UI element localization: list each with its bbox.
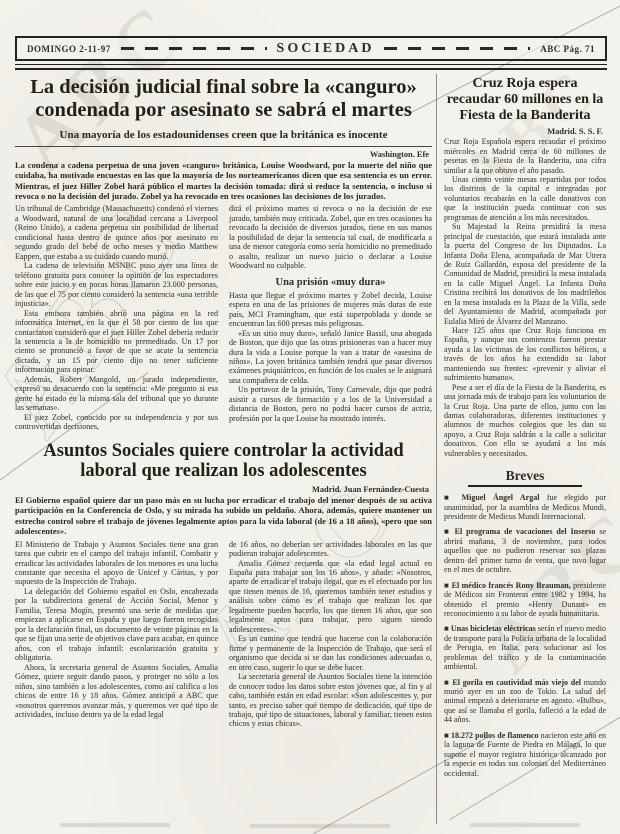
body-paragraph: La cadena de televisión MSNBC puso ayer … xyxy=(15,261,218,308)
byline: Washington. Efe xyxy=(15,150,429,159)
body-paragraph: «Es un sitio muy duro», señaló Janice Ba… xyxy=(229,329,432,386)
subhead-rule xyxy=(15,146,432,147)
breve-lead-text: ■ El médico francés Rony Brauman, xyxy=(444,581,571,590)
breve-item: ■ El programa de vacaciones del Inserso … xyxy=(444,527,606,574)
breve-lead-text: ■ 18.272 pollos de flamenco xyxy=(444,731,538,740)
date-label: DOMINGO 2-11-97 xyxy=(27,44,111,54)
column-divider xyxy=(436,74,437,824)
body-paragraph: de 16 años, no deberían ser actividades … xyxy=(229,540,432,559)
breves-section: Breves ■ Miguel Ángel Argal fue elegido … xyxy=(444,468,606,778)
article-headline: Asuntos Sociales quiere controlar la act… xyxy=(15,441,432,482)
article-column-2: dirá el próximo martes si revoca o no la… xyxy=(229,204,432,431)
body-paragraph: La delegación del Gobierno español en Os… xyxy=(15,587,218,663)
body-paragraph: La secretaría general de Asuntos Sociale… xyxy=(229,672,432,729)
lead-paragraph: El Gobierno español quiere dar un paso m… xyxy=(15,495,432,536)
masthead: DOMINGO 2-11-97 SOCIEDAD ABC Pág. 71 xyxy=(15,36,607,61)
column-text: Hasta que llegue el próximo martes y Zob… xyxy=(229,291,432,424)
body-paragraph: Esta emisora también abrió una página en… xyxy=(15,309,218,375)
body-paragraph: Amalia Gómez recuerda que «la edad legal… xyxy=(229,559,432,635)
dashed-rule-right xyxy=(384,47,530,50)
footer-smudge xyxy=(470,823,580,827)
body-paragraph: Además, Robert Mangold, un jurado indepe… xyxy=(15,375,218,413)
body-paragraph: Ahora, la secretaria general de Asuntos … xyxy=(15,663,218,720)
lead-paragraph: La condena a cadena perpetua de una jove… xyxy=(15,160,432,201)
body-paragraph: Un portavoz de la prisión, Tony Carneval… xyxy=(229,385,432,423)
inner-subhead: Una prisión «muy dura» xyxy=(229,277,432,288)
breves-list: ■ Miguel Ángel Argal fue elegido por una… xyxy=(444,493,606,778)
column-text: dirá el próximo martes si revoca o no la… xyxy=(229,204,432,270)
article-body: Un tribunal de Cambridge (Massachusetts)… xyxy=(15,204,432,431)
article-subhead: Una mayoría de los estadounidenses creen… xyxy=(15,129,432,141)
article-headline: La decisión judicial final sobre la «can… xyxy=(15,76,432,122)
main-section: La decisión judicial final sobre la «can… xyxy=(15,74,432,828)
article-woodward: La decisión judicial final sobre la «can… xyxy=(15,76,432,432)
article-body: El Ministerio de Trabajo y Asuntos Socia… xyxy=(15,540,432,729)
section-title: SOCIEDAD xyxy=(277,41,375,57)
breve-item: ■ 18.272 pollos de flamenco nacieron est… xyxy=(444,731,606,778)
breve-lead-text: ■ Unas bicicletas eléctricas xyxy=(444,624,536,633)
article-body: Cruz Roja Española espera recaudar el pr… xyxy=(444,137,606,458)
body-paragraph: dirá el próximo martes si revoca o no la… xyxy=(229,204,432,270)
breve-item: ■ El gorila en cautividad más viejo del … xyxy=(444,678,606,725)
body-paragraph: Cruz Roja Española espera recaudar el pr… xyxy=(444,137,606,175)
dashed-rule-left xyxy=(121,47,267,50)
breve-item: ■ Miguel Ángel Argal fue elegido por una… xyxy=(444,493,606,521)
column-text: Un tribunal de Cambridge (Massachusetts)… xyxy=(15,204,218,431)
masthead-rule xyxy=(15,64,607,70)
breve-lead-text: ■ El programa de vacaciones del Inserso xyxy=(444,527,595,536)
article-column-1: El Ministerio de Trabajo y Asuntos Socia… xyxy=(15,540,218,729)
footer-smudge xyxy=(250,824,390,828)
article-column-1: Un tribunal de Cambridge (Massachusetts)… xyxy=(15,204,218,431)
byline: Madrid. S. S. F. xyxy=(444,127,603,136)
article-headline: Cruz Roja espera recaudar 60 millones en… xyxy=(444,76,606,124)
article-column-2: de 16 años, no deberían ser actividades … xyxy=(229,540,432,729)
breve-item: ■ Unas bicicletas eléctricas serán el nu… xyxy=(444,624,606,671)
column-text: El Ministerio de Trabajo y Asuntos Socia… xyxy=(15,540,218,720)
article-cruz-roja: Cruz Roja espera recaudar 60 millones en… xyxy=(444,76,606,458)
newspaper-page: ABC ABC ABC ABC ABC DOMINGO 2-11-97 SOCI… xyxy=(0,0,620,834)
body-paragraph: Su Majestad la Reina presidirá la mesa p… xyxy=(444,222,606,326)
breve-lead-text: ■ El gorila en cautividad más viejo del xyxy=(444,678,581,687)
body-paragraph: El juez Zobel, conocido por su independe… xyxy=(15,413,218,432)
body-paragraph: Unas ciento veinte mesas repartidas por … xyxy=(444,175,606,222)
side-section: Cruz Roja espera recaudar 60 millones en… xyxy=(444,74,606,828)
body-paragraph: Pese a ser el día de la Fiesta de la Ban… xyxy=(444,383,606,459)
byline: Madrid. Juan Fernández-Cuesta xyxy=(15,485,429,494)
body-paragraph: Un tribunal de Cambridge (Massachusetts)… xyxy=(15,204,218,261)
column-text: de 16 años, no deberían ser actividades … xyxy=(229,540,432,729)
breve-lead-text: ■ Miguel Ángel Argal xyxy=(444,493,539,502)
page-number: ABC Pág. 71 xyxy=(540,44,595,54)
breves-title: Breves xyxy=(468,468,581,487)
body-paragraph: El Ministerio de Trabajo y Asuntos Socia… xyxy=(15,540,218,587)
body-paragraph: Es un camino que tendrá que hacerse con … xyxy=(229,634,432,672)
body-paragraph: Hace 125 años que Cruz Roja funciona en … xyxy=(444,326,606,383)
footer-smudge xyxy=(60,823,170,827)
breve-item: ■ El médico francés Rony Brauman, presid… xyxy=(444,581,606,619)
body-paragraph: Hasta que llegue el próximo martes y Zob… xyxy=(229,291,432,329)
article-asuntos-sociales: Asuntos Sociales quiere controlar la act… xyxy=(15,441,432,729)
